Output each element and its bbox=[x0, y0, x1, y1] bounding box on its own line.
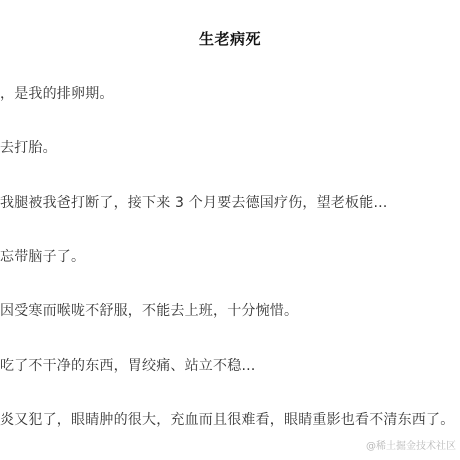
watermark: @稀土掘金技术社区 bbox=[366, 437, 456, 452]
text-line: ，是我的排卵期。 bbox=[0, 83, 114, 103]
text-line: 我腿被我爸打断了，接下来 3 个月要去德国疗伤，望老板能… bbox=[0, 192, 388, 212]
text-line: 忘带脑子了。 bbox=[0, 246, 85, 266]
page-title: 生老病死 bbox=[0, 28, 460, 49]
text-line: 因受寒而喉咙不舒服，不能去上班，十分惋惜。 bbox=[0, 300, 298, 320]
text-line: 去打胎。 bbox=[0, 137, 57, 157]
text-line: 炎又犯了，眼睛肿的很大，充血而且很难看，眼睛重影也看不清东西了。 bbox=[0, 409, 454, 429]
text-line: 吃了不干净的东西，胃绞痛、站立不稳… bbox=[0, 355, 256, 375]
